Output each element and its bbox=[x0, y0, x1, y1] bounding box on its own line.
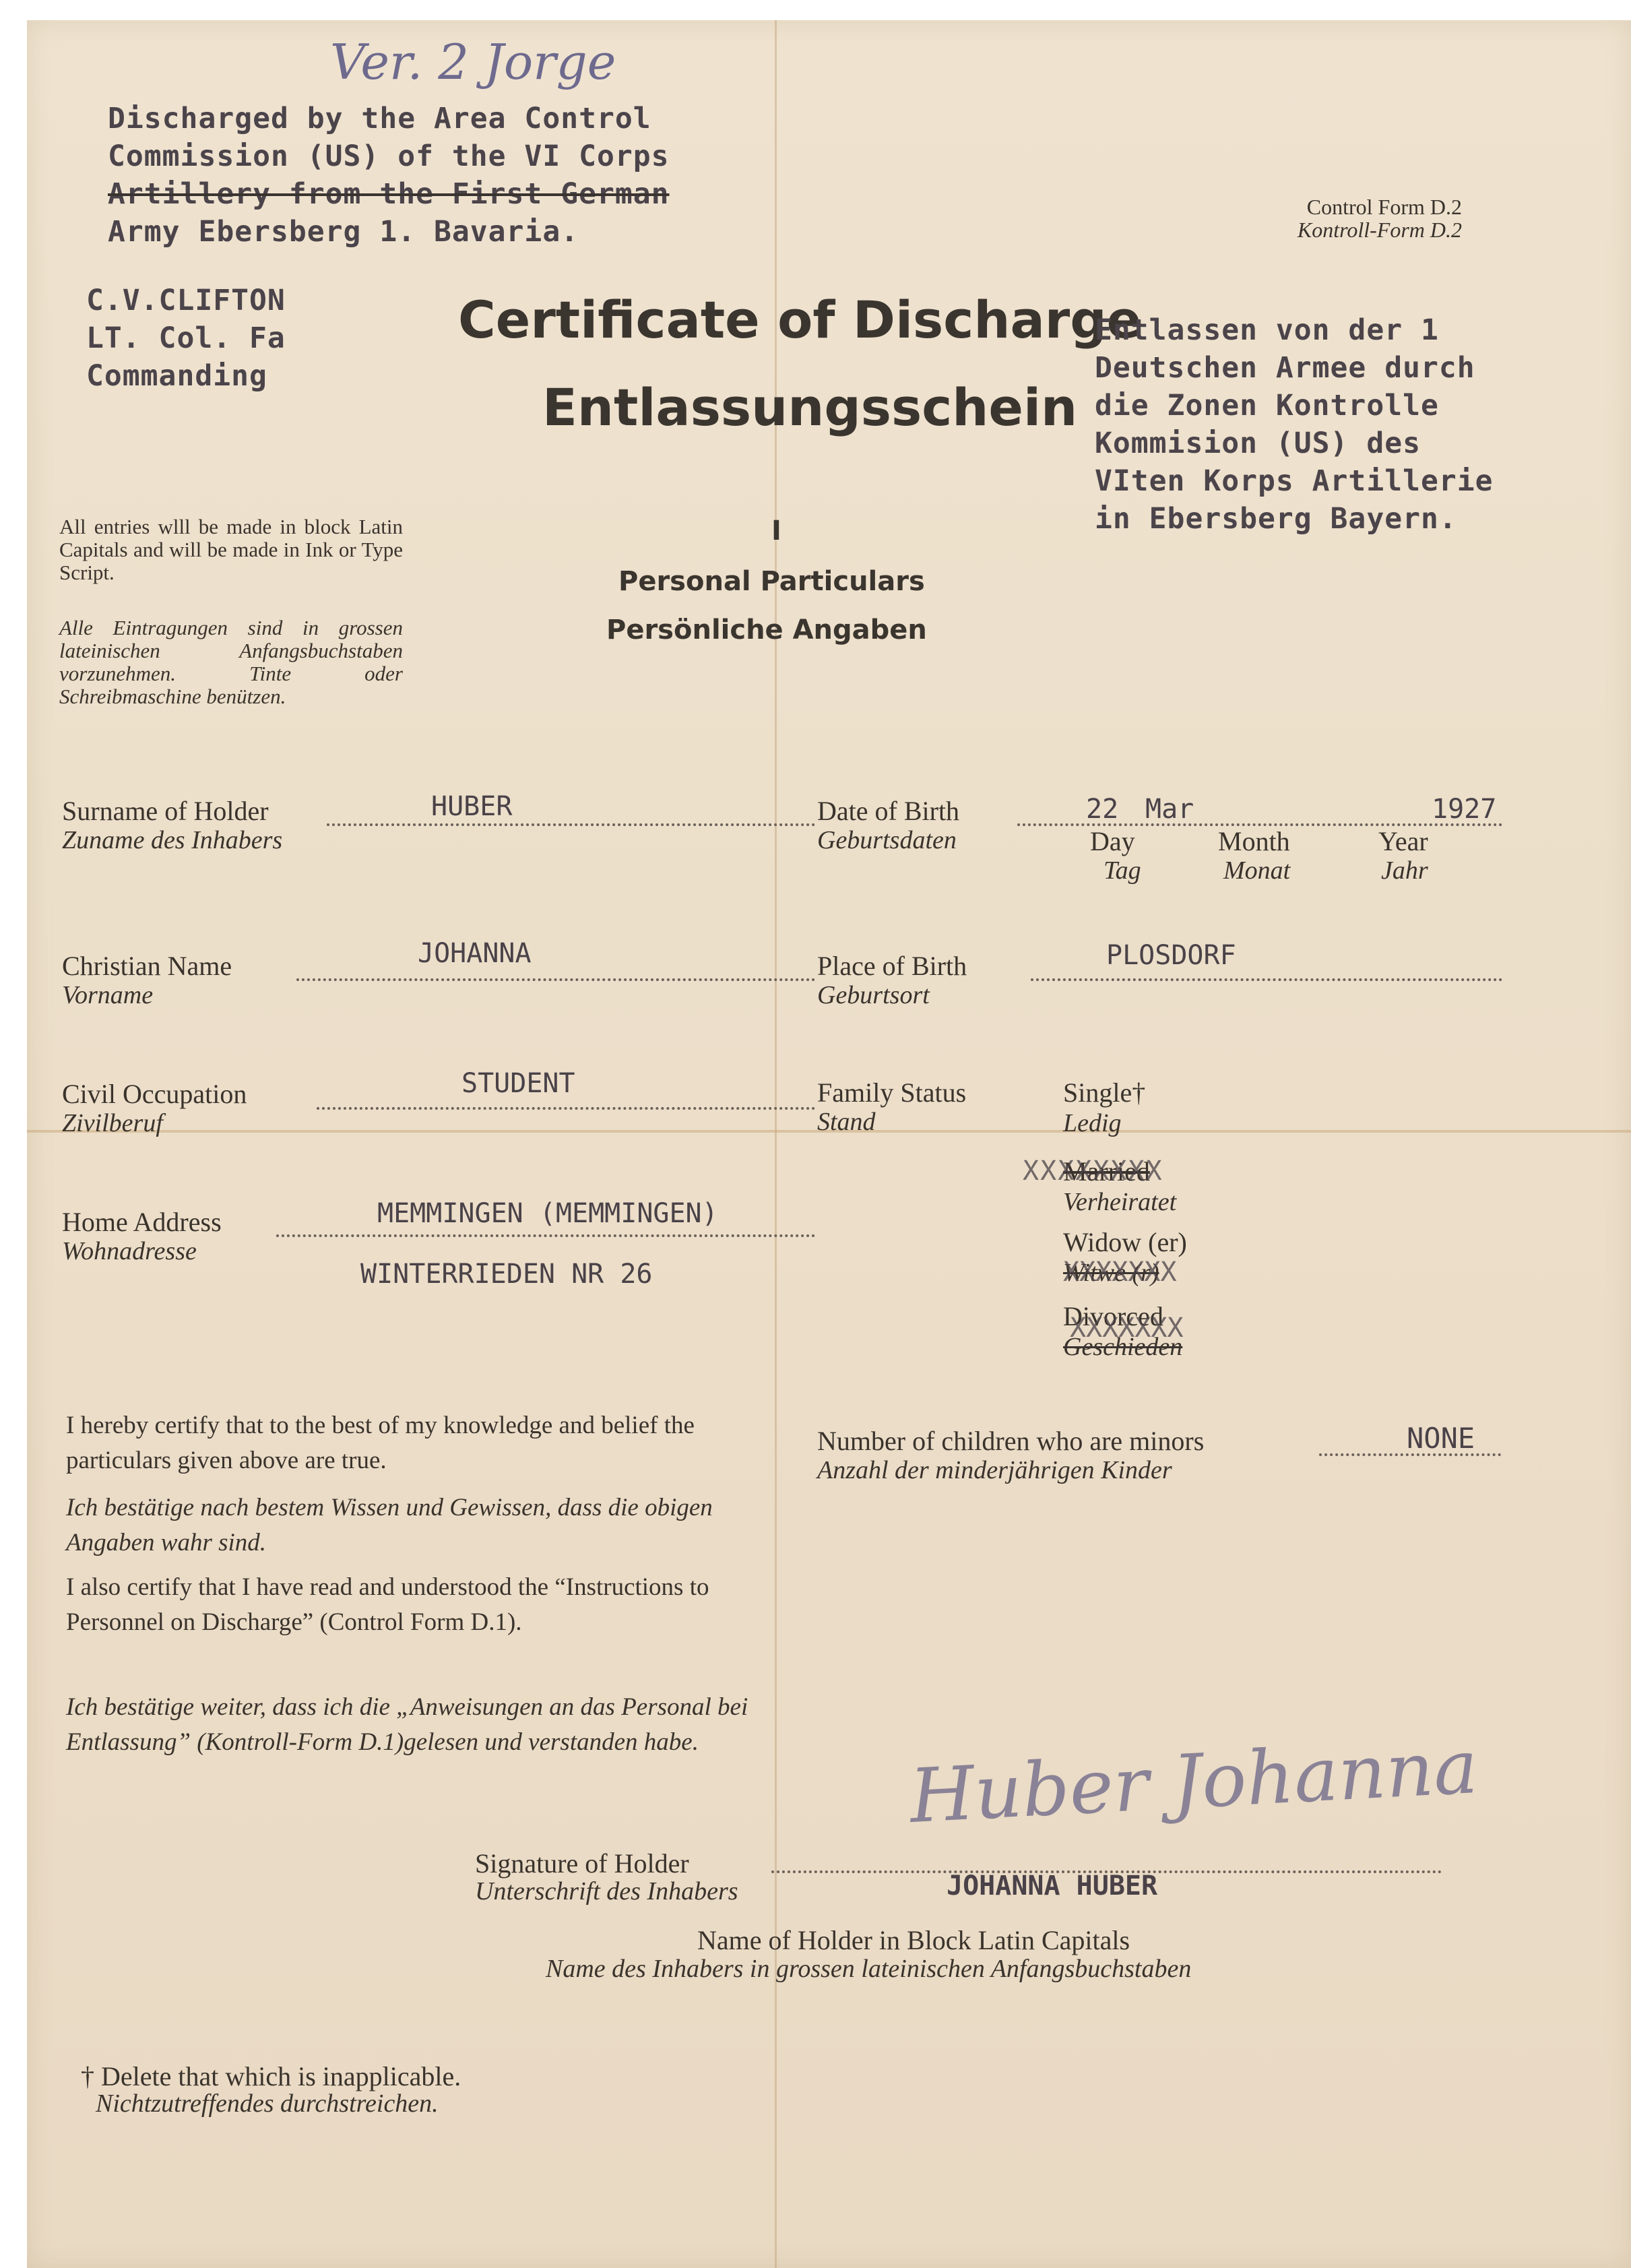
home-address-value-line1[interactable]: MEMMINGEN (MEMMINGEN) bbox=[377, 1198, 718, 1229]
stamp-line: VIten Korps Artillerie bbox=[1095, 462, 1494, 500]
control-form-en: Control Form D.2 bbox=[1260, 195, 1462, 218]
certification-1-de: Ich bestätige nach bestem Wissen und Gew… bbox=[66, 1490, 753, 1561]
footnote-en: † Delete that which is inapplicable. bbox=[81, 2060, 461, 2092]
stamp-line: Army Ebersberg 1. Bavaria. bbox=[108, 213, 670, 251]
pob-label-de: Geburtsort bbox=[817, 980, 930, 1010]
strike-marks: XXXXXXX bbox=[1070, 1313, 1184, 1344]
control-form-label: Control Form D.2 Kontroll-Form D.2 bbox=[1260, 195, 1462, 241]
home-address-label-de: Wohnadresse bbox=[62, 1236, 197, 1266]
certification-2-de: Ich bestätige weiter, dass ich die „Anwe… bbox=[66, 1690, 753, 1760]
discharge-stamp-en: Discharged by the Area Control Commissio… bbox=[108, 100, 670, 251]
family-status-label-en: Family Status bbox=[817, 1077, 966, 1108]
option-label-de: Verheiratet bbox=[1063, 1187, 1176, 1217]
option-label-en: Single† bbox=[1063, 1077, 1145, 1108]
section-number: I bbox=[771, 515, 781, 546]
stamp-line: Kommision (US) des bbox=[1095, 424, 1494, 462]
stamp-line: die Zonen Kontrolle bbox=[1095, 387, 1494, 424]
certification-1-en: I hereby certify that to the best of my … bbox=[66, 1408, 753, 1478]
instructions-en: All entries wlll be made in block Latin … bbox=[59, 515, 403, 584]
strike-marks: XXXXXXX bbox=[1063, 1257, 1177, 1288]
typed-holder-name: JOHANNA HUBER bbox=[947, 1870, 1157, 1901]
certification-2-en: I also certify that I have read and unde… bbox=[66, 1570, 753, 1640]
children-label-en: Number of children who are minors bbox=[817, 1425, 1204, 1457]
christian-name-value[interactable]: JOHANNA bbox=[418, 938, 532, 969]
stamp-line: Deutschen Armee durch bbox=[1095, 349, 1494, 387]
footnote-de: Nichtzutreffendes durchstreichen. bbox=[96, 2089, 439, 2118]
home-address-label-en: Home Address bbox=[62, 1206, 222, 1238]
home-address-dotted-line bbox=[276, 1234, 815, 1237]
section-title-de: Persönliche Angaben bbox=[606, 615, 927, 645]
home-address-value-line2[interactable]: WINTERRIEDEN NR 26 bbox=[360, 1259, 652, 1290]
dob-month-label-de: Monat bbox=[1223, 856, 1290, 885]
pob-dotted-line bbox=[1031, 978, 1502, 981]
christian-name-dotted-line bbox=[296, 978, 815, 981]
commander-name: C.V.CLIFTON bbox=[86, 282, 286, 319]
handwritten-note: Ver. 2 Jorge bbox=[330, 34, 616, 90]
christian-name-label-de: Vorname bbox=[62, 980, 153, 1010]
family-status-option-widow[interactable]: Widow (er) Witwe (r) XXXXXXX bbox=[1063, 1226, 1187, 1288]
occupation-dotted-line bbox=[317, 1107, 815, 1110]
stamp-line: Discharged by the Area Control bbox=[108, 100, 670, 137]
dob-day-value[interactable]: 22 bbox=[1086, 794, 1118, 825]
commander-rank: LT. Col. Fa bbox=[86, 319, 286, 357]
option-label-en: Widow (er) bbox=[1063, 1226, 1187, 1258]
discharge-stamp-de: Entlassen von der 1 Deutschen Armee durc… bbox=[1095, 311, 1494, 538]
dob-year-label-de: Jahr bbox=[1381, 856, 1428, 885]
dob-day-label-en: Day bbox=[1090, 825, 1135, 857]
occupation-label-en: Civil Occupation bbox=[62, 1078, 247, 1110]
christian-name-label-en: Christian Name bbox=[62, 950, 232, 982]
dob-month-value[interactable]: Mar bbox=[1145, 794, 1194, 825]
family-status-option-divorced[interactable]: Divorced Geschieden XXXXXXX bbox=[1063, 1300, 1182, 1362]
dob-year-value[interactable]: 1927 bbox=[1432, 794, 1496, 825]
dob-label-de: Geburtsdaten bbox=[817, 825, 957, 855]
stamp-line: Artillery from the First German bbox=[108, 175, 670, 213]
dob-year-label-en: Year bbox=[1378, 825, 1428, 857]
surname-dotted-line bbox=[327, 823, 815, 826]
surname-value[interactable]: HUBER bbox=[431, 791, 512, 822]
strike-marks: XXXXXXXX bbox=[1023, 1156, 1163, 1187]
occupation-label-de: Zivilberuf bbox=[62, 1108, 163, 1138]
occupation-value[interactable]: STUDENT bbox=[461, 1068, 575, 1099]
signature-label-en: Signature of Holder bbox=[475, 1848, 689, 1879]
surname-label-de: Zuname des Inhabers bbox=[62, 825, 282, 855]
title-en: Certificate of Discharge bbox=[458, 290, 1141, 350]
stamp-line: Commission (US) of the VI Corps bbox=[108, 137, 670, 175]
surname-label-en: Surname of Holder bbox=[62, 795, 269, 827]
pob-label-en: Place of Birth bbox=[817, 950, 967, 982]
dob-label-en: Date of Birth bbox=[817, 795, 959, 827]
title-de: Entlassungsschein bbox=[542, 377, 1077, 437]
children-label-de: Anzahl der minderjährigen Kinder bbox=[817, 1455, 1172, 1485]
dob-day-label-de: Tag bbox=[1104, 856, 1141, 885]
name-block-label-en: Name of Holder in Block Latin Capitals bbox=[697, 1924, 1130, 1956]
family-status-option-married[interactable]: Married Verheiratet XXXXXXXX bbox=[1063, 1156, 1176, 1217]
signature-label-de: Unterschrift des Inhabers bbox=[475, 1877, 738, 1906]
section-title-en: Personal Particulars bbox=[618, 566, 925, 597]
children-value[interactable]: NONE bbox=[1407, 1422, 1475, 1455]
option-label-de: Ledig bbox=[1063, 1108, 1145, 1138]
stamp-line: Entlassen von der 1 bbox=[1095, 311, 1494, 349]
commander-role: Commanding bbox=[86, 357, 286, 395]
family-status-label-de: Stand bbox=[817, 1107, 876, 1137]
commander-block: C.V.CLIFTON LT. Col. Fa Commanding bbox=[86, 282, 286, 395]
dob-month-label-en: Month bbox=[1218, 825, 1290, 857]
instructions-de: Alle Eintragungen sind in grossen latein… bbox=[59, 617, 403, 708]
stamp-line: in Ebersberg Bayern. bbox=[1095, 500, 1494, 538]
control-form-de: Kontroll-Form D.2 bbox=[1260, 218, 1462, 241]
pob-value[interactable]: PLOSDORF bbox=[1106, 940, 1236, 971]
name-block-label-de: Name des Inhabers in grossen lateinische… bbox=[546, 1954, 1191, 1984]
family-status-option-single[interactable]: Single† Ledig bbox=[1063, 1077, 1145, 1138]
